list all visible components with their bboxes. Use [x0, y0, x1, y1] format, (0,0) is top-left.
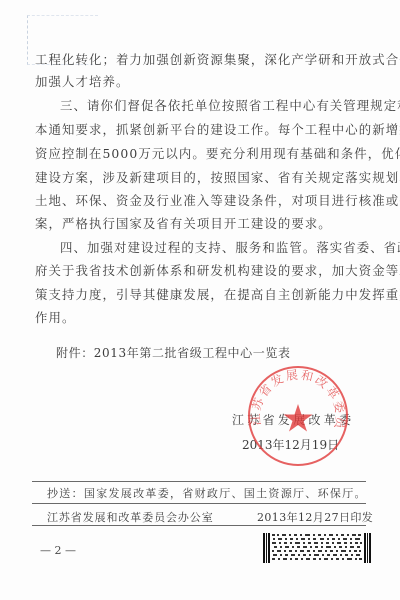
footer-top-rule [32, 481, 366, 482]
issuing-office: 江苏省发展和改革委员会办公室 [47, 509, 214, 525]
body-line-1: 工程化转化；着力加强创新资源集聚，深化产学研和开放式合作， [35, 52, 400, 68]
document-page: 工程化转化；着力加强创新资源集聚，深化产学研和开放式合作， 加强人才培养。 三、… [0, 0, 400, 600]
attachment-note: 附件：2013年第二批省级工程中心一览表 [56, 344, 291, 361]
body-line-8: 案，严格执行国家及省有关项目开工建设的要求。 [35, 216, 332, 232]
body-line-10: 府关于我省技术创新体系和研发机构建设的要求，加大资金等政 [35, 263, 400, 279]
section-three-heading-line: 三、请你们督促各依托单位按照省工程中心有关管理规定和 [60, 98, 400, 114]
section-four-heading-line: 四、加强对建设过程的支持、服务和监管。落实省委、省政 [60, 240, 400, 256]
body-line-7: 土地、环保、资金及行业准入等建设条件，对项目进行核准或备 [35, 193, 400, 209]
body-line-5: 资应控制在5000万元以内。要充分利用现有基础和条件，优化 [35, 146, 400, 162]
body-line-2: 加强人才培养。 [35, 74, 129, 90]
footer-bottom-rule [32, 525, 366, 526]
signature-organization: 江苏省发展改革委 [232, 411, 354, 428]
pdf417-barcode-icon [263, 533, 371, 563]
body-line-4: 本通知要求，抓紧创新平台的建设工作。每个工程中心的新增投 [35, 122, 400, 138]
cc-recipients: 抄送：国家发展改革委，省财政厅、国土资源厅、环保厅。 [47, 485, 367, 501]
body-line-6: 建设方案，涉及新建项目的，按照国家、省有关规定落实规划、 [35, 170, 400, 186]
body-line-11: 策支持力度，引导其健康发展，在提高自主创新能力中发挥重要 [35, 287, 400, 303]
footer-middle-rule [32, 503, 366, 504]
issue-date: 2013年12月27日印发 [257, 509, 373, 525]
body-line-12: 作用。 [35, 310, 75, 326]
signature-date: 2013年12月19日 [242, 436, 339, 453]
page-number: — 2 — [40, 544, 76, 557]
